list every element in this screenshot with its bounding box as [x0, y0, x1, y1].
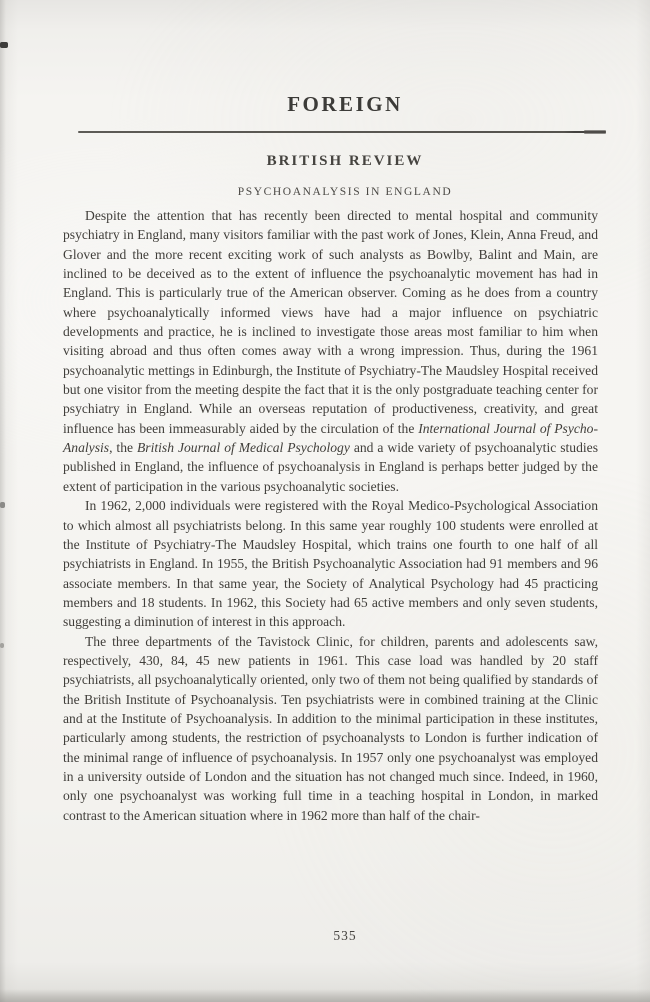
- paragraph-1: Despite the attention that has recently …: [63, 206, 598, 496]
- paragraph-1-mid: , the: [109, 440, 137, 455]
- scan-edge-mark: [0, 502, 5, 508]
- paragraph-2: In 1962, 2,000 individuals were register…: [63, 496, 598, 631]
- page-number: 535: [78, 928, 612, 944]
- review-section-title: BRITISH REVIEW: [78, 153, 612, 170]
- article-title: PSYCHOANALYSIS IN ENGLAND: [78, 186, 612, 198]
- scanned-journal-page: FOREIGN BRITISH REVIEW PSYCHOANALYSIS IN…: [0, 0, 650, 1002]
- header-divider-rule: [78, 131, 606, 133]
- scan-edge-mark: [0, 643, 4, 648]
- scan-bottom-shadow: [0, 989, 650, 1002]
- article-body: Despite the attention that has recently …: [63, 206, 598, 825]
- section-kicker: FOREIGN: [78, 92, 612, 117]
- paragraph-3: The three departments of the Tavistock C…: [63, 632, 598, 825]
- scan-edge-mark: [0, 42, 8, 48]
- paragraph-1-lead: Despite the attention that has recently …: [63, 208, 598, 436]
- journal-name-british-journal: British Journal of Medical Psychology: [137, 440, 350, 455]
